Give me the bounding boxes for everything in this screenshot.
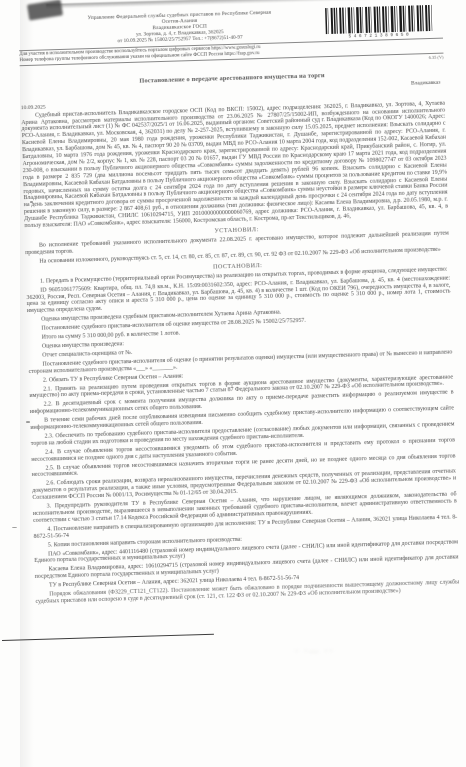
scanned-content: 546721389650 Управление Федеральной служ… (18, 5, 459, 608)
barcode (325, 5, 434, 34)
preamble-paragraph: Судебный пристав-исполнитель Владикавказ… (21, 100, 448, 230)
document-page: 546721389650 Управление Федеральной служ… (0, 0, 466, 767)
scan-speck (30, 201, 33, 203)
barcode-block: 546721389650 (322, 5, 437, 40)
stamp-ghost: · ·— ·· (295, 646, 430, 664)
fssp-letterhead: Управление Федеральной службы судебных п… (39, 8, 320, 46)
scan-speck (26, 421, 30, 423)
scan-speck (12, 527, 17, 528)
